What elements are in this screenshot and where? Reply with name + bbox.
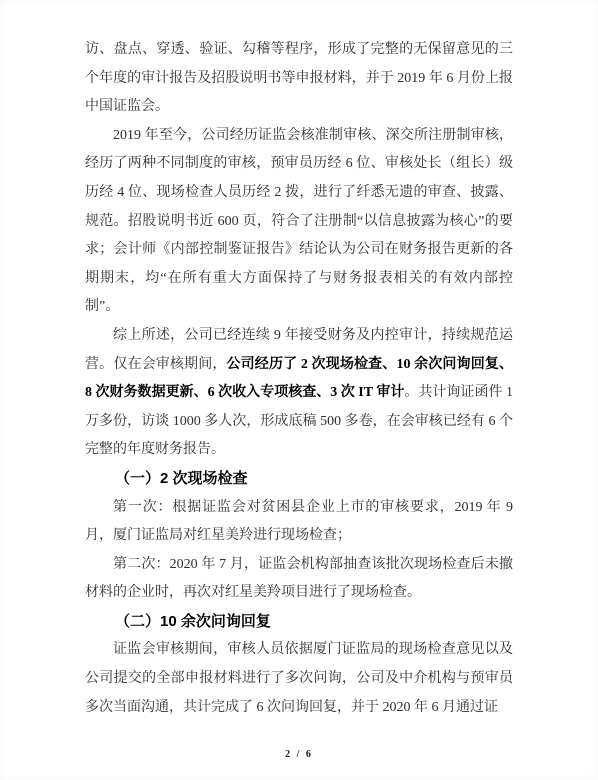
text-run: 2019 年至今，公司经历证监会核准制审核、深交所注册制审核，经历了两种不同制度… <box>85 128 513 315</box>
text-run: 第二次：2020 年 7 月，证监会机构部抽查该批次现场检查后未撤材料的企业时，… <box>85 557 513 601</box>
paragraph: 2019 年至今，公司经历证监会核准制审核、深交所注册制审核，经历了两种不同制度… <box>85 122 513 322</box>
page-number: 2 / 6 <box>285 749 313 760</box>
section-heading: （二）10 余次问询回复 <box>85 608 513 637</box>
paragraph: 访、盘点、穿透、验证、勾稽等程序，形成了完整的无保留意见的三个年度的审计报告及招… <box>85 36 513 122</box>
bold-text-run: （二）10 余次问询回复 <box>115 613 271 630</box>
paragraph: 第二次：2020 年 7 月，证监会机构部抽查该批次现场检查后未撤材料的企业时，… <box>85 551 513 608</box>
paragraph: 证监会审核期间，审核人员依据厦门证监局的现场检查意见以及公司提交的全部申报材料进… <box>85 636 513 722</box>
section-heading: （一）2 次现场检查 <box>85 465 513 494</box>
paragraph: 第一次：根据证监会对贫困县企业上市的审核要求，2019 年 9 月，厦门证监局对… <box>85 494 513 551</box>
text-run: 访、盘点、穿透、验证、勾稽等程序，形成了完整的无保留意见的三个年度的审计报告及招… <box>85 42 513 114</box>
text-run: 第一次：根据证监会对贫困县企业上市的审核要求，2019 年 9 月，厦门证监局对… <box>85 500 513 544</box>
paragraph: 综上所述，公司已经连续 9 年接受财务及内控审计，持续规范运营。仅在会审核期间，… <box>85 322 513 465</box>
bold-text-run: （一）2 次现场检查 <box>115 470 248 487</box>
document-page: 访、盘点、穿透、验证、勾稽等程序，形成了完整的无保留意见的三个年度的审计报告及招… <box>0 0 598 780</box>
page-footer: 2 / 6 <box>0 749 598 760</box>
text-run: 证监会审核期间，审核人员依据厦门证监局的现场检查意见以及公司提交的全部申报材料进… <box>85 642 513 714</box>
document-body: 访、盘点、穿透、验证、勾稽等程序，形成了完整的无保留意见的三个年度的审计报告及招… <box>85 36 513 722</box>
